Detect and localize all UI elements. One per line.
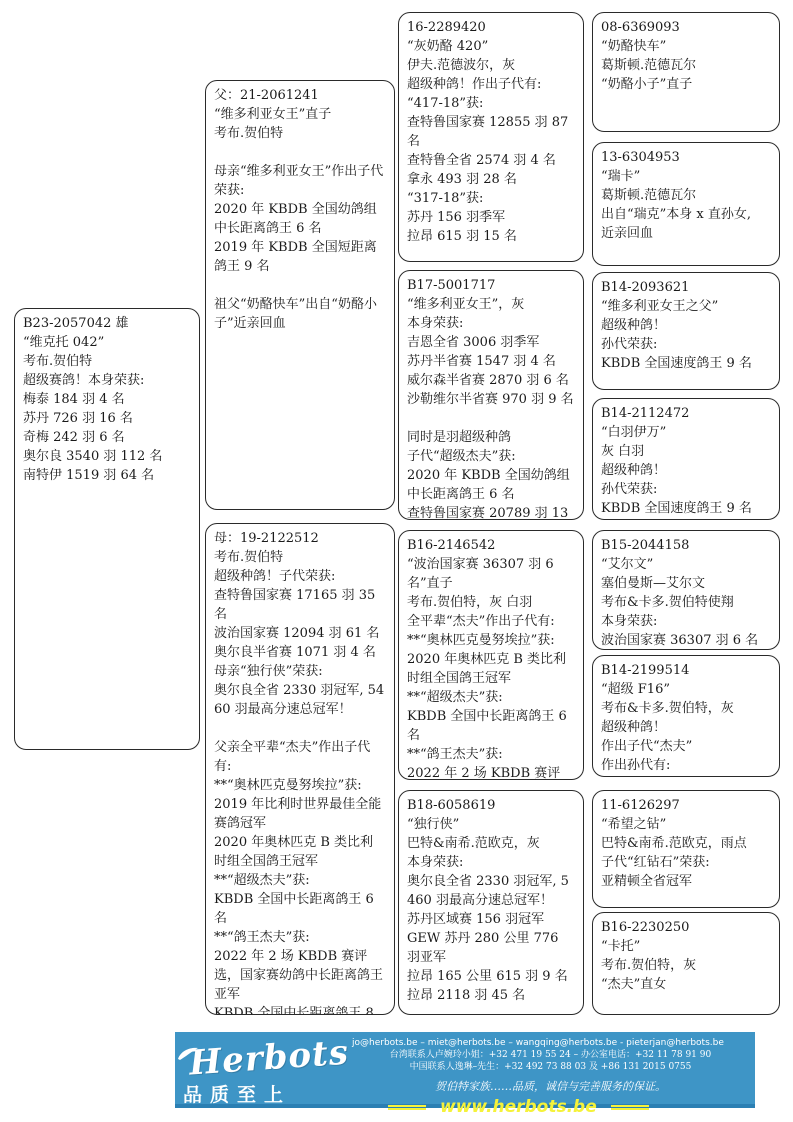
- text-line: 波治国家赛 12094 羽 61 名: [214, 625, 386, 644]
- text-line: **“鸽王杰夫”获:: [407, 746, 575, 765]
- herbots-banner: Herbots 品质至上 jo@herbots.be – miet@herbot…: [175, 1032, 755, 1108]
- text-line: 苏丹区域赛 156 羽冠军: [407, 911, 575, 930]
- text-line: 近亲回血: [601, 225, 771, 244]
- text-line: 超级赛鸽！本身荣获:: [23, 372, 191, 391]
- text-line: 超级种鸽！: [601, 462, 771, 481]
- text-line: “维多利亚女王”直子: [214, 106, 386, 125]
- text-line: 作出孙代有:: [601, 757, 771, 776]
- text-line: “灰奶酪 420”: [407, 38, 575, 57]
- banner-emails[interactable]: jo@herbots.be – miet@herbots.be – wangqi…: [352, 1037, 749, 1049]
- text-line: “白羽伊万”: [601, 424, 771, 443]
- text-line: 梅泰 184 羽 4 名: [23, 391, 191, 410]
- text-line: “奶酪快车”: [601, 38, 771, 57]
- text-line: 母亲“独行侠”荣获:: [214, 663, 386, 682]
- text-line: “317-18”获:: [407, 190, 575, 209]
- pedigree-box-gf-maternal: B16-2146542“波治国家赛 36307 羽 6 名”直子考布.贺伯特，灰…: [398, 530, 584, 780]
- text-line: 2022 年 2 场 KBDB 赛评选，国家赛幼鸽中长距离鸽王亚军: [214, 948, 386, 1005]
- text-line: [407, 410, 575, 429]
- pedigree-box-mother: 母：19-2122512考布.贺伯特超级种鸽！子代荣获:查特鲁国家赛 17165…: [205, 523, 395, 1015]
- text-line: 查特鲁国家赛 17165 羽 35 名: [214, 587, 386, 625]
- text-line: 伊夫.范德波尔，灰: [407, 57, 575, 76]
- text-line: 16-2289420: [407, 19, 575, 38]
- text-line: 2020 年奥林匹克 B 类比利时组全国鸽王冠军: [407, 651, 575, 689]
- text-line: 全平辈“杰夫”作出子代有:: [407, 613, 575, 632]
- text-line: 本身荣获:: [407, 315, 575, 334]
- text-line: 苏丹半省赛 1547 羽 4 名: [407, 353, 575, 372]
- text-line: B14-2093621: [601, 279, 771, 298]
- text-line: 拉昂 165 公里 615 羽 9 名: [407, 968, 575, 987]
- text-line: 2019 年 KBDB 全国短距离鸽王 9 名: [214, 239, 386, 277]
- text-line: **“超级杰夫”获:: [407, 689, 575, 708]
- text-line: 考布&卡多.贺伯特使翔: [601, 594, 771, 613]
- website-link[interactable]: www.herbots.be: [440, 1097, 597, 1117]
- text-line: “独行侠”: [407, 816, 575, 835]
- text-line: 超级种鸽！: [601, 317, 771, 336]
- herbots-logo-text: Herbots: [188, 1032, 351, 1083]
- banner-website-row: www.herbots.be: [352, 1097, 749, 1117]
- pedigree-box-ggf-3: B15-2044158“艾尔文”塞伯曼斯—艾尔文考布&卡多.贺伯特使翔本身荣获:…: [592, 530, 780, 650]
- text-line: 查特鲁全省 2574 羽 4 名: [407, 152, 575, 171]
- text-line: **“奥林匹克曼努埃拉”获:: [407, 632, 575, 651]
- text-line: 南特伊 1519 羽 64 名: [23, 467, 191, 486]
- text-line: 塞伯曼斯—艾尔文: [601, 575, 771, 594]
- text-line: [214, 144, 386, 163]
- herbots-slogan: 品质至上: [183, 1080, 350, 1107]
- text-line: “维克托 042”: [23, 334, 191, 353]
- text-line: 查特鲁国家赛 20789 羽 13 名: [407, 505, 575, 520]
- text-line: 超级种鸽！子代荣获:: [214, 568, 386, 587]
- text-line: B14-2112472: [601, 405, 771, 424]
- text-line: 孙代荣获:: [601, 336, 771, 355]
- pedigree-box-father: 父：21-2061241“维多利亚女王”直子考布.贺伯特母亲“维多利亚女王”作出…: [205, 80, 395, 510]
- text-line: 拿永 493 羽 28 名: [407, 171, 575, 190]
- text-line: 威尔森半省赛 2870 羽 6 名: [407, 372, 575, 391]
- text-line: GEW 苏丹 280 公里 776 羽亚军: [407, 930, 575, 968]
- text-line: 奇梅 242 羽 6 名: [23, 429, 191, 448]
- text-line: 父亲全平辈“杰夫”作出子代有:: [214, 739, 386, 777]
- text-line: **“奥林匹克曼努埃拉”获:: [214, 777, 386, 796]
- text-line: 2022 年 2 场 KBDB 赛评选，国家赛幼鸽中长距离鸽王亚军: [407, 765, 575, 780]
- text-line: 父：21-2061241: [214, 87, 386, 106]
- text-line: 奥尔良 3540 羽 112 名: [23, 448, 191, 467]
- text-line: 本身荣获:: [407, 854, 575, 873]
- text-line: 亚精顿全省冠军: [601, 873, 771, 892]
- text-line: 奥尔良全省 2330 羽冠军, 5460 羽最高分速总冠军！: [407, 873, 575, 911]
- text-line: 作出子代“杰夫”: [601, 738, 771, 757]
- pedigree-page: B23-2057042 雄“维克托 042”考布.贺伯特超级赛鸽！本身荣获:梅泰…: [0, 0, 793, 1122]
- pedigree-box-gm-paternal: B17-5001717“维多利亚女王”，灰本身荣获:吉恩全省 3006 羽季军苏…: [398, 270, 584, 520]
- text-line: “瑞卡”: [601, 168, 771, 187]
- text-line: 2020 年 KBDB 全国幼鸽组中长距离鸽王 6 名: [407, 467, 575, 505]
- text-line: 灰 白羽: [601, 443, 771, 462]
- text-line: 出自“瑞克”本身 x 直孙女,: [601, 206, 771, 225]
- herbots-logo-zone: Herbots 品质至上: [175, 1032, 350, 1104]
- banner-contact-taiwan: 台湾联系人卢婉玲小姐：+32 471 19 55 24 – 办公室电话：+32 …: [352, 1049, 749, 1061]
- pedigree-box-ggf-2: B14-2093621“维多利亚女王之父”超级种鸽！孙代荣获:KBDB 全国速度…: [592, 272, 780, 390]
- text-line: B15-2044158: [601, 537, 771, 556]
- text-line: 2020 年 KBDB 全国幼鸽组中长距离鸽王 6 名: [214, 201, 386, 239]
- text-line: 苏丹 156 羽季军: [407, 209, 575, 228]
- pedigree-box-ggm-3: B14-2199514“超级 F16”考布&卡多.贺伯特，灰超级种鸽！作出子代“…: [592, 655, 780, 777]
- text-line: 波治国家赛 36307 羽 6 名: [601, 632, 771, 650]
- text-line: 孙代荣获:: [601, 481, 771, 500]
- text-line: 母：19-2122512: [214, 530, 386, 549]
- text-line: [214, 720, 386, 739]
- text-line: B23-2057042 雄: [23, 315, 191, 334]
- pedigree-box-ggm-2: B14-2112472“白羽伊万”灰 白羽超级种鸽！孙代荣获:KBDB 全国速度…: [592, 398, 780, 520]
- text-line: “波治国家赛 36307 羽 6 名”直子: [407, 556, 575, 594]
- text-line: 超级种鸽！作出子代有:: [407, 76, 575, 95]
- text-line: 考布&卡多.贺伯特，灰: [601, 700, 771, 719]
- text-line: 13-6304953: [601, 149, 771, 168]
- text-line: B18-6058619: [407, 797, 575, 816]
- text-line: “希望之钻”: [601, 816, 771, 835]
- text-line: 子代“超级杰夫”获:: [407, 448, 575, 467]
- text-line: 2020 年奥林匹克 B 类比利时组全国鸽王冠军: [214, 834, 386, 872]
- text-line: **“超级杰夫”获:: [214, 872, 386, 891]
- text-line: B14-2199514: [601, 662, 771, 681]
- text-line: 考布.贺伯特: [23, 353, 191, 372]
- banner-contact-china: 中国联系人逸琳–先生：+32 492 73 88 03 及 +86 131 20…: [352, 1061, 749, 1073]
- pedigree-box-gm-maternal: B18-6058619“独行侠”巴特&南希.范欧克，灰本身荣获:奥尔良全省 23…: [398, 790, 584, 1015]
- pedigree-box-ggm-4: B16-2230250“卡托”考布.贺伯特，灰“杰夫”直女: [592, 912, 780, 1015]
- text-line: “417-18”获:: [407, 95, 575, 114]
- text-line: 沙勒维尔半省赛 970 羽 9 名: [407, 391, 575, 410]
- text-line: KBDB 全国中长距离鸽王 6 名: [407, 708, 575, 746]
- text-line: “维多利亚女王之父”: [601, 298, 771, 317]
- pedigree-box-ggm-1: 13-6304953“瑞卡”葛斯顿.范德瓦尔出自“瑞克”本身 x 直孙女,近亲回…: [592, 142, 780, 266]
- text-line: 08-6369093: [601, 19, 771, 38]
- text-line: [214, 277, 386, 296]
- pedigree-box-ggf-4: 11-6126297“希望之钻”巴特&南希.范欧克，雨点子代“红钻石”荣获:亚精…: [592, 790, 780, 908]
- text-line: 考布.贺伯特，灰: [601, 957, 771, 976]
- text-line: 葛斯顿.范德瓦尔: [601, 187, 771, 206]
- text-line: 母亲“维多利亚女王”作出子代荣获:: [214, 163, 386, 201]
- text-line: 奥尔良全省 2330 羽冠军, 5460 羽最高分速总冠军！: [214, 682, 386, 720]
- text-line: B17-5001717: [407, 277, 575, 296]
- text-line: “奶酪小子”直子: [601, 76, 771, 95]
- text-line: 祖父“奶酪快车”出自“奶酪小子”近亲回血: [214, 296, 386, 334]
- yellow-double-line-left: [388, 1105, 426, 1110]
- text-line: 超级种鸽！: [601, 719, 771, 738]
- text-line: 拉昂 2118 羽 45 名: [407, 987, 575, 1006]
- text-line: 11-6126297: [601, 797, 771, 816]
- text-line: B16-2230250: [601, 919, 771, 938]
- text-line: 拉昂 615 羽 15 名: [407, 228, 575, 247]
- text-line: 考布.贺伯特，灰 白羽: [407, 594, 575, 613]
- text-line: KBDB 全国中长距离鸽王 6 名: [214, 891, 386, 929]
- text-line: “超级 F16”: [601, 681, 771, 700]
- text-line: 巴特&南希.范欧克，灰: [407, 835, 575, 854]
- text-line: 吉恩全省 3006 羽季军: [407, 334, 575, 353]
- text-line: “卡托”: [601, 938, 771, 957]
- text-line: 考布.贺伯特: [214, 125, 386, 144]
- text-line: KBDB 全国速度鸽王 9 名: [601, 500, 771, 519]
- text-line: 苏丹 726 羽 16 名: [23, 410, 191, 429]
- text-line: 巴特&南希.范欧克，雨点: [601, 835, 771, 854]
- text-line: KBDB 全国中长距离鸽王 8 名: [214, 1005, 386, 1015]
- pedigree-box-subject: B23-2057042 雄“维克托 042”考布.贺伯特超级赛鸽！本身荣获:梅泰…: [14, 308, 200, 750]
- pedigree-box-ggf-1: 08-6369093“奶酪快车”葛斯顿.范德瓦尔“奶酪小子”直子: [592, 12, 780, 132]
- text-line: B16-2146542: [407, 537, 575, 556]
- text-line: KBDB 全国速度鸽王 9 名: [601, 355, 771, 374]
- text-line: “艾尔文”: [601, 556, 771, 575]
- text-line: 2019 年比利时世界最佳全能赛鸽冠军: [214, 796, 386, 834]
- text-line: “维多利亚女王”，灰: [407, 296, 575, 315]
- text-line: 查特鲁国家赛 12855 羽 87 名: [407, 114, 575, 152]
- text-line: **“鸽王杰夫”获:: [214, 929, 386, 948]
- banner-info-zone: jo@herbots.be – miet@herbots.be – wangqi…: [350, 1032, 755, 1104]
- banner-tagline: 贺伯特家族……品质，诚信与完善服务的保证。: [352, 1078, 749, 1094]
- text-line: “杰夫”直女: [601, 976, 771, 995]
- text-line: 考布.贺伯特: [214, 549, 386, 568]
- text-line: 奥尔良半省赛 1071 羽 4 名: [214, 644, 386, 663]
- text-line: 子代“红钻石”荣获:: [601, 854, 771, 873]
- pedigree-box-gf-paternal: 16-2289420“灰奶酪 420”伊夫.范德波尔，灰超级种鸽！作出子代有:“…: [398, 12, 584, 262]
- text-line: 同时是羽超级种鸽: [407, 429, 575, 448]
- yellow-double-line-right: [611, 1105, 649, 1110]
- text-line: 本身荣获:: [601, 613, 771, 632]
- text-line: 葛斯顿.范德瓦尔: [601, 57, 771, 76]
